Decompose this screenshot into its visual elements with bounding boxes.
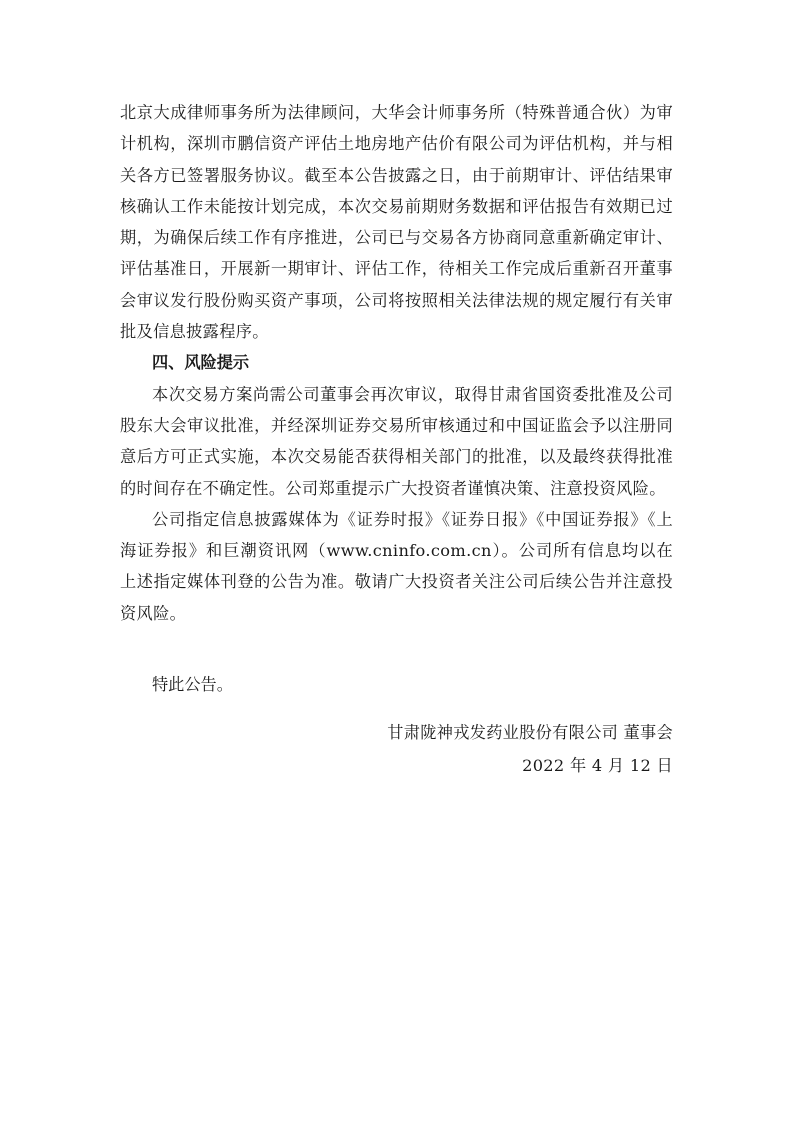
spacer	[120, 629, 673, 669]
paragraph-advisors: 北京大成律师事务所为法律顾问，大华会计师事务所（特殊普通合伙）为审计机构，深圳市…	[120, 97, 673, 347]
signature-company: 甘肃陇神戎发药业股份有限公司 董事会	[387, 716, 673, 749]
signature-date: 2022 年 4 月 12 日	[387, 749, 673, 782]
closing-statement: 特此公告。	[120, 669, 673, 700]
paragraph-risk: 本次交易方案尚需公司董事会再次审议，取得甘肃省国资委批准及公司股东大会审议批准，…	[120, 379, 673, 504]
document-page: 北京大成律师事务所为法律顾问，大华会计师事务所（特殊普通合伙）为审计机构，深圳市…	[0, 0, 793, 1122]
paragraph-media: 公司指定信息披露媒体为《证券时报》《证券日报》《中国证券报》《上海证券报》和巨潮…	[120, 504, 673, 629]
signature-block: 甘肃陇神戎发药业股份有限公司 董事会 2022 年 4 月 12 日	[387, 716, 673, 782]
document-body: 北京大成律师事务所为法律顾问，大华会计师事务所（特殊普通合伙）为审计机构，深圳市…	[120, 97, 673, 700]
section-heading-risk: 四、风险提示	[120, 347, 673, 378]
